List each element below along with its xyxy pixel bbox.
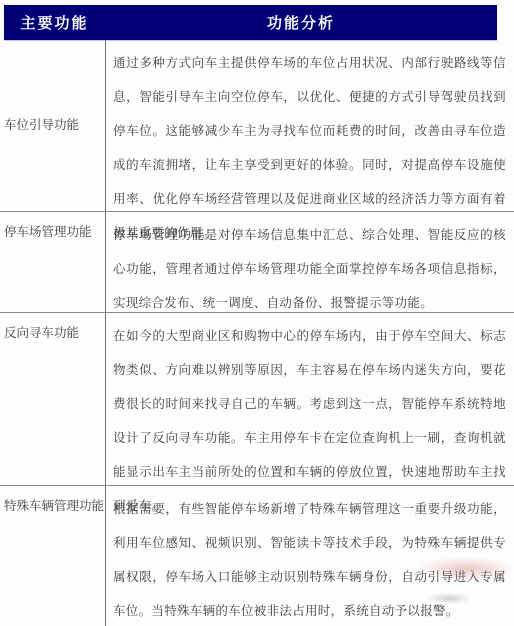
table-row: 反向寻车功能 在如今的大型商业区和购物中心的停车场内，由于停车空间大、标志物类似… [0,312,514,485]
row-analysis-special-vehicle-management: 根据需要，有些智能停车场新增了特殊车辆管理这一重要升级功能，利用车位感知、视频识… [105,486,514,626]
row-label-reverse-car-search: 反向寻车功能 [0,313,105,485]
row-analysis-parking-guidance: 通过多种方式向车主提供停车场的车位占用状况、内部行驶路线等信息，智能引导车主向空… [105,40,514,211]
row-label-lot-management: 停车场管理功能 [0,212,105,312]
row-analysis-lot-management: 停车场管理功能是对停车场信息集中汇总、综合处理、智能反应的核心功能，管理者通过停… [105,212,514,312]
table-row: 停车场管理功能 停车场管理功能是对停车场信息集中汇总、综合处理、智能反应的核心功… [0,211,514,312]
row-label-parking-guidance: 车位引导功能 [0,40,105,211]
smart-parking-functions-table: 主要功能 功能分析 车位引导功能 通过多种方式向车主提供停车场的车位占用状况、内… [0,0,514,626]
header-function-analysis: 功能分析 [105,5,497,40]
header-main-functions: 主要功能 [4,5,105,40]
table-row: 车位引导功能 通过多种方式向车主提供停车场的车位占用状况、内部行驶路线等信息，智… [0,40,514,211]
row-label-special-vehicle-management: 特殊车辆管理功能 [0,486,105,626]
row-analysis-reverse-car-search: 在如今的大型商业区和购物中心的停车场内，由于停车空间大、标志物类似、方向难以辨别… [105,313,514,485]
table-body: 车位引导功能 通过多种方式向车主提供停车场的车位占用状况、内部行驶路线等信息，智… [0,40,514,626]
table-header-row: 主要功能 功能分析 [4,5,497,40]
table-row: 特殊车辆管理功能 根据需要，有些智能停车场新增了特殊车辆管理这一重要升级功能，利… [0,485,514,626]
